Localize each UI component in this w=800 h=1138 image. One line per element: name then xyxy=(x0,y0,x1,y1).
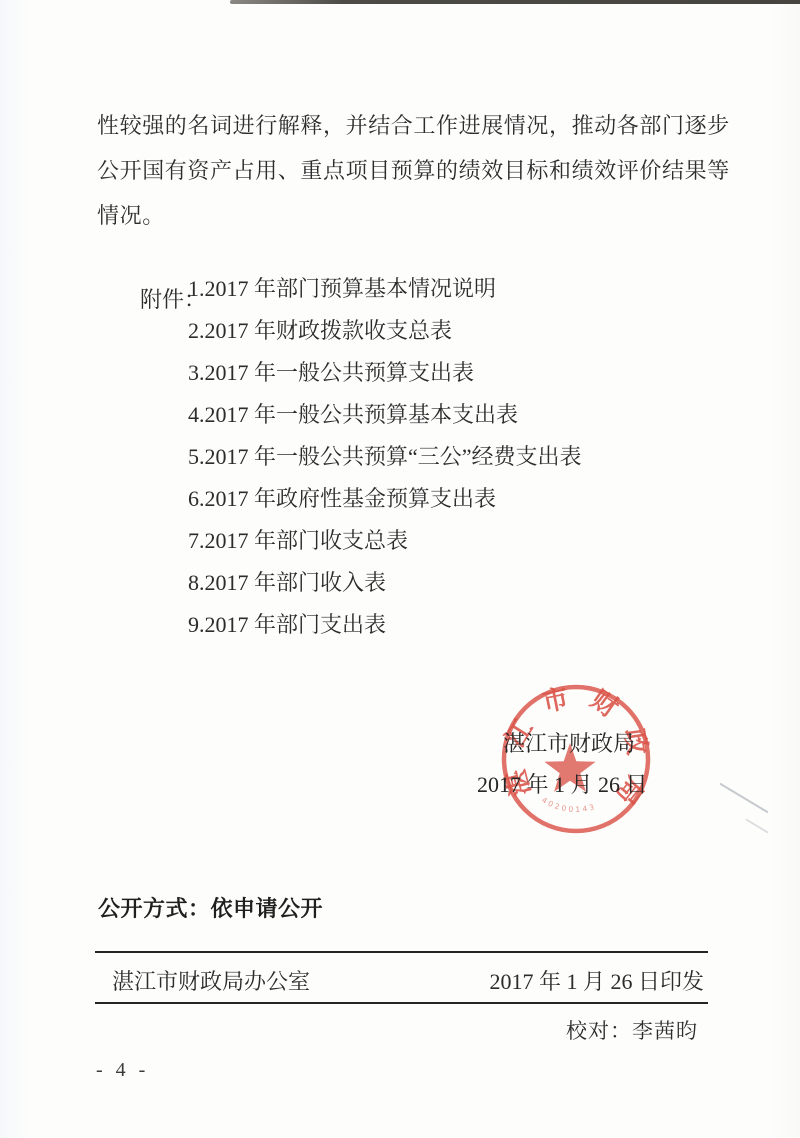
signature-issuer: 湛江市财政局 xyxy=(503,727,635,758)
footer-proofreader: 校对：李茜昀 xyxy=(566,1015,698,1045)
attachments-list: 1.2017 年部门预算基本情况说明 2.2017 年财政拨款收支总表 3.20… xyxy=(188,268,582,646)
disclosure-method-line: 公开方式：依申请公开 xyxy=(98,892,323,923)
attachment-item: 9.2017 年部门支出表 xyxy=(188,604,582,646)
attachment-item: 6.2017 年政府性基金预算支出表 xyxy=(188,478,582,520)
attachment-item: 1.2017 年部门预算基本情况说明 xyxy=(188,268,582,310)
attachment-item: 8.2017 年部门收入表 xyxy=(188,562,582,604)
footer-print-date: 2017 年 1 月 26 日印发 xyxy=(489,965,704,996)
paragraph-line-2: 公开国有资产占用、重点项目预算的绩效目标和绩效评价结果等 xyxy=(97,148,730,193)
attachment-item: 2.2017 年财政拨款收支总表 xyxy=(188,310,582,352)
signature-date: 2017 年 1 月 26 日 xyxy=(477,768,648,799)
scanned-document-page: 性较强的名词进行解释，并结合工作进展情况，推动各部门逐步 公开国有资产占用、重点… xyxy=(0,0,800,1138)
page-number: - 4 - xyxy=(96,1059,149,1082)
footer-issuing-office: 湛江市财政局办公室 xyxy=(112,965,310,996)
body-paragraph: 性较强的名词进行解释，并结合工作进展情况，推动各部门逐步 公开国有资产占用、重点… xyxy=(97,103,730,238)
attachment-item: 3.2017 年一般公共预算支出表 xyxy=(188,352,582,394)
footer-divider-bottom xyxy=(95,1002,708,1004)
footer-divider-top xyxy=(95,951,708,953)
paragraph-line-1: 性较强的名词进行解释，并结合工作进展情况，推动各部门逐步 xyxy=(97,103,730,148)
scan-artifact-dash xyxy=(745,818,768,833)
attachment-item: 7.2017 年部门收支总表 xyxy=(188,520,582,562)
paragraph-line-3: 情况。 xyxy=(97,193,730,238)
scan-artifact-dash xyxy=(719,783,768,814)
attachment-item: 4.2017 年一般公共预算基本支出表 xyxy=(188,394,582,436)
scan-artifact-top-line xyxy=(230,0,800,4)
attachment-item: 5.2017 年一般公共预算“三公”经费支出表 xyxy=(188,436,582,478)
official-seal-stamp: 湛江市财政局 40200143 xyxy=(470,655,682,865)
